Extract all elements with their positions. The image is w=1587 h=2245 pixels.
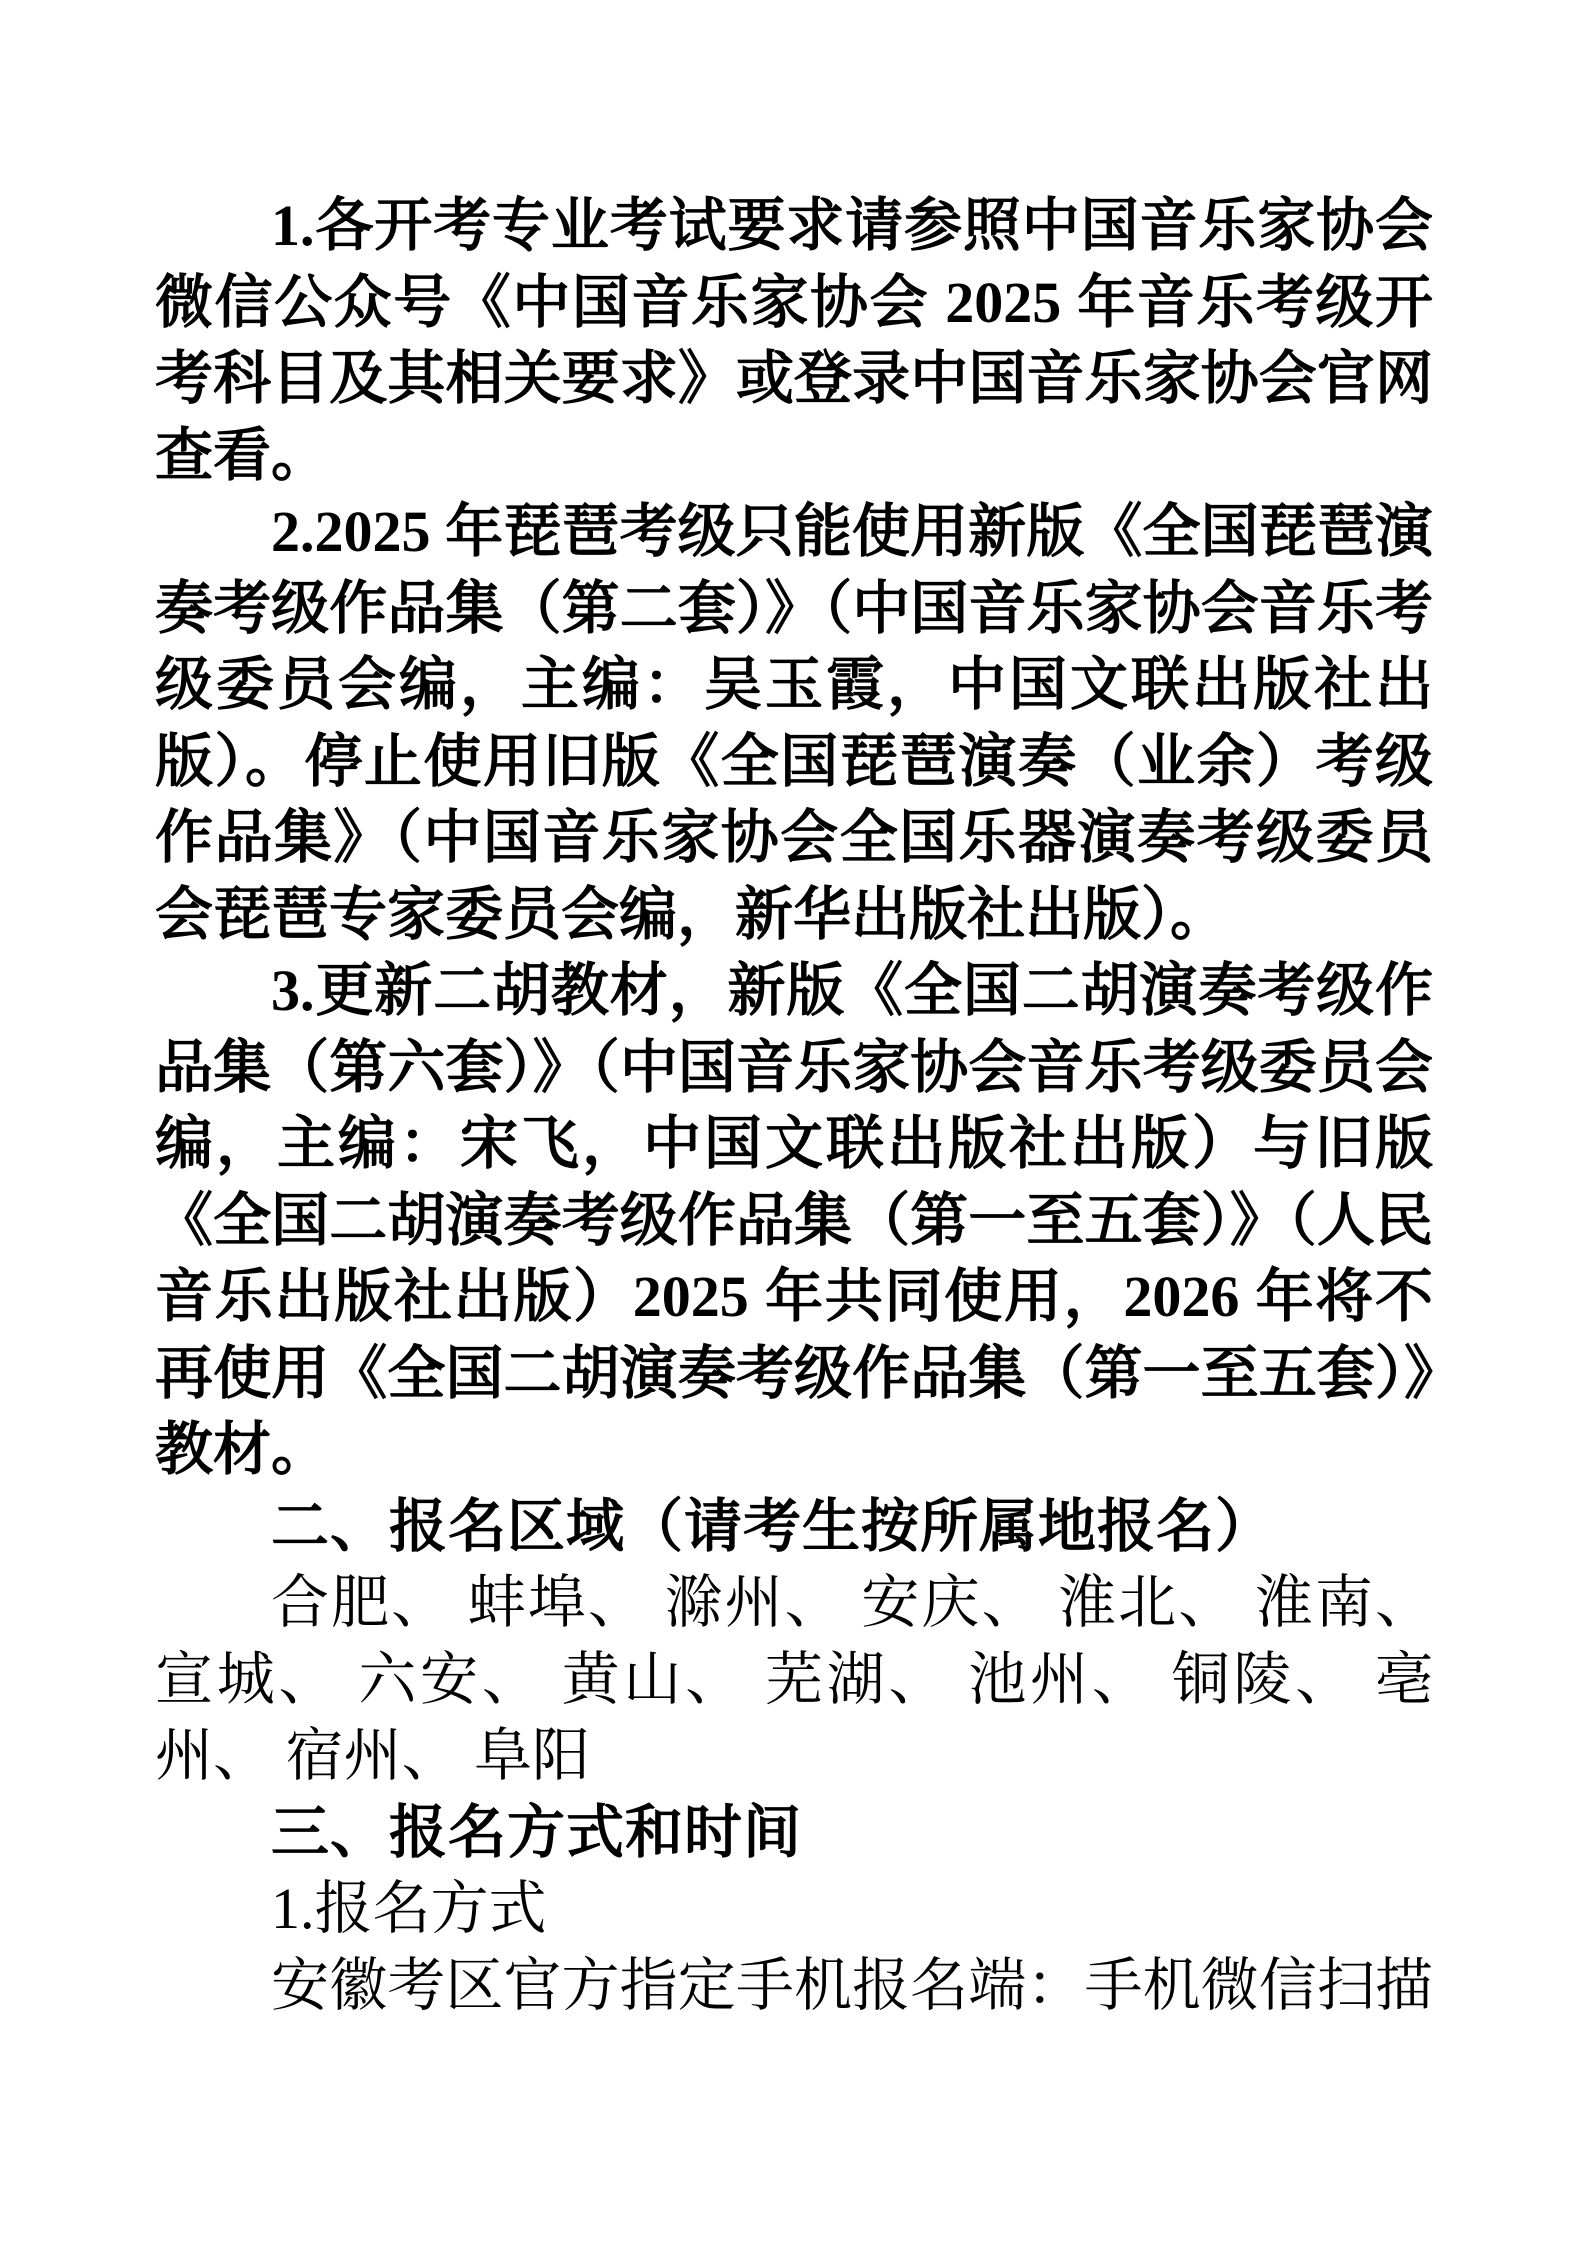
section-heading-registration-method-time: 三、报名方式和时间 (155, 1795, 1433, 1872)
paragraph-registration-method-label: 1.报名方式 (155, 1871, 1433, 1948)
paragraph-city-list: 合肥、 蚌埠、 滁州、 安庆、 淮北、 淮南、 宣城、 六安、 黄山、 芜湖、 … (155, 1565, 1433, 1795)
paragraph-exam-requirements: 1.各开考专业考试要求请参照中国音乐家协会微信公众号《中国音乐家协会 2025 … (155, 188, 1433, 494)
paragraph-anhui-mobile-registration: 安徽考区官方指定手机报名端：手机微信扫描 (155, 1948, 1433, 2025)
paragraph-erhu-grading-materials: 3.更新二胡教材，新版《全国二胡演奏考级作品集（第六套）》（中国音乐家协会音乐考… (155, 953, 1433, 1489)
paragraph-pipa-grading-materials: 2.2025 年琵琶考级只能使用新版《全国琵琶演奏考级作品集（第二套）》（中国音… (155, 494, 1433, 953)
document-page: 1.各开考专业考试要求请参照中国音乐家协会微信公众号《中国音乐家协会 2025 … (0, 0, 1587, 2245)
section-heading-registration-region: 二、报名区域（请考生按所属地报名） (155, 1489, 1433, 1566)
